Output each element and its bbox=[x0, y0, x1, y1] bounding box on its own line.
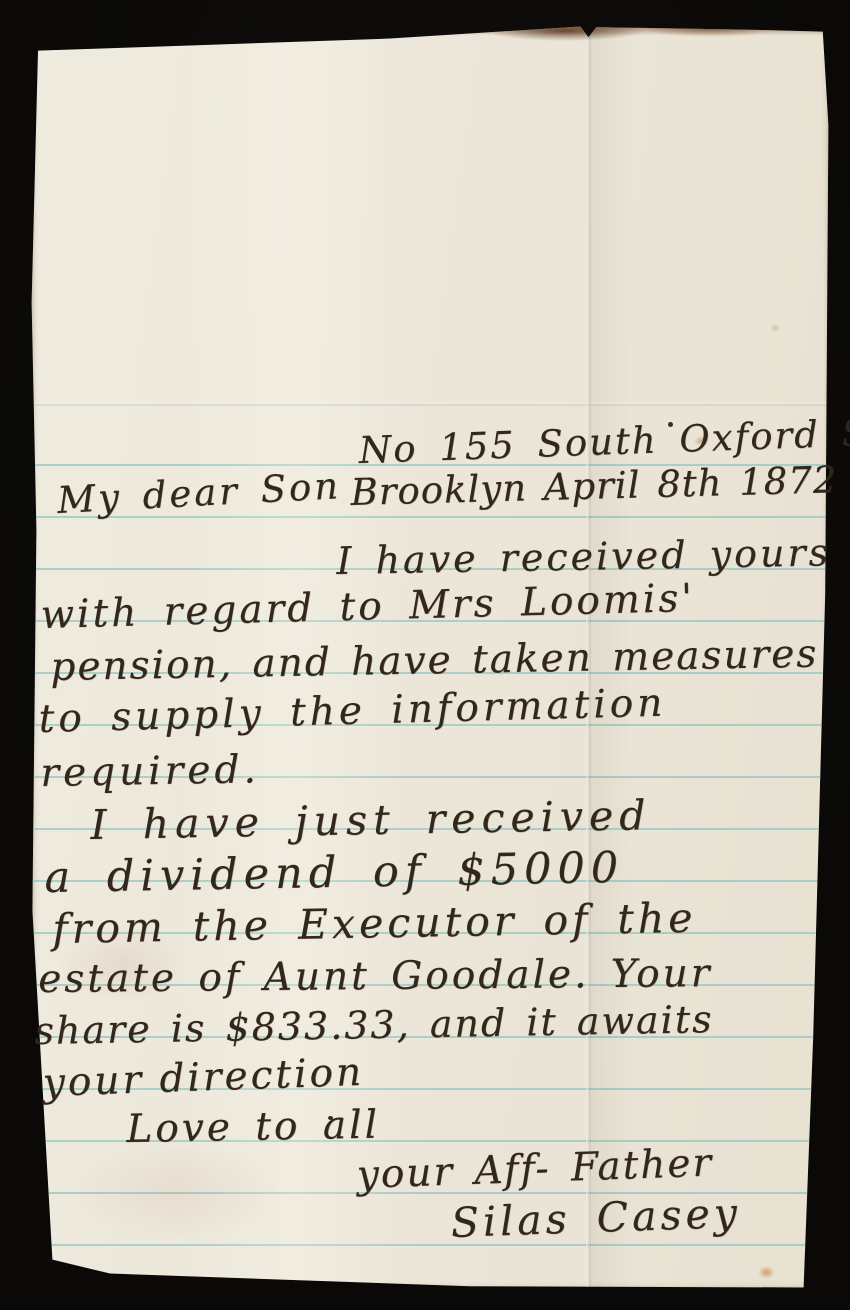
age-stain bbox=[770, 324, 780, 332]
letter-photo: No 155 South Oxford St My dear Son Brook… bbox=[0, 0, 850, 1310]
body-line-5: required. bbox=[40, 746, 260, 799]
age-stain bbox=[758, 1266, 775, 1279]
burn-mark bbox=[645, 22, 775, 37]
signature: Silas Casey bbox=[450, 1188, 742, 1249]
ink-bleed-through bbox=[70, 1144, 280, 1239]
burn-mark bbox=[485, 21, 645, 41]
closing-line: Love to all bbox=[126, 1102, 380, 1155]
burn-mark bbox=[100, 22, 340, 33]
body-line-9: estate of Aunt Goodale. Your bbox=[38, 950, 713, 1005]
horizontal-fold-crease bbox=[30, 402, 830, 406]
